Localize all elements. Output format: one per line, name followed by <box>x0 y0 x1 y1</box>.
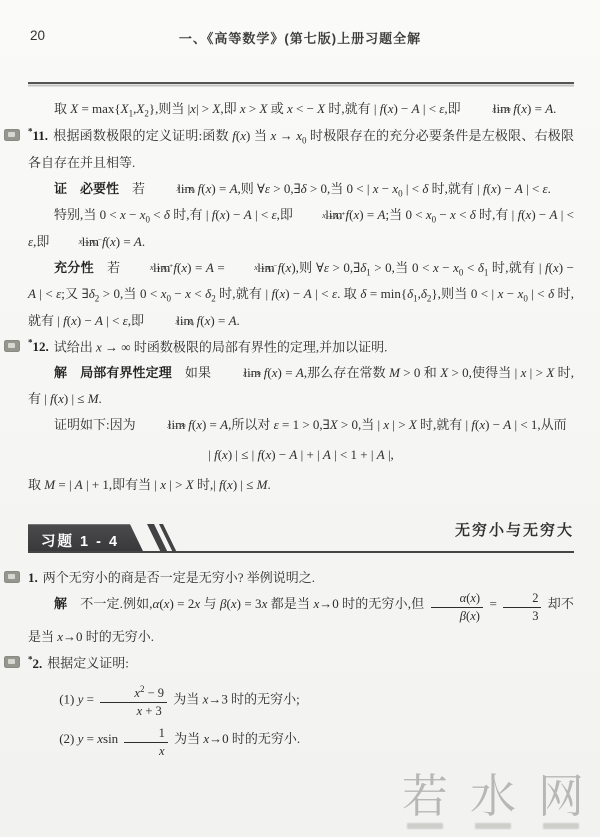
watermark-subtext <box>543 823 579 829</box>
section-title: 无穷小与无穷大 <box>455 516 574 551</box>
problem-number: 1. <box>28 570 38 585</box>
banner-label: 习题 1 - 4 <box>28 524 143 551</box>
problem-number: *12. <box>28 339 49 354</box>
page-header: 20 一、《高等数学》(第七版)上册习题全解 <box>28 28 572 48</box>
media-icon <box>4 129 20 141</box>
media-icon <box>4 656 20 668</box>
media-icon <box>4 340 20 352</box>
problem-text: 两个无穷小的商是否一定是无穷小? 举例说明之. <box>43 570 315 585</box>
paragraph: 证 必要性 若 limx→x₀f(x) = A,则 ∀ε > 0,∃δ > 0,… <box>28 176 574 203</box>
problem-item: *12.试给出 x → ∞ 时函数极限的局部有界性的定理,并加以证明. <box>28 334 574 360</box>
watermark-char: 若 <box>402 773 448 819</box>
watermark: 若 水 网 <box>402 773 584 829</box>
page-content: 取 X = max{X1,X2},则当 |x| > X,即 x > X 或 x … <box>28 96 574 759</box>
paragraph: 特别,当 0 < x − x0 < δ 时,有 | f(x) − A | < ε… <box>28 202 574 255</box>
paragraph: 解 不一定.例如,α(x) = 2x 与 β(x) = 3x 都是当 x→0 时… <box>28 591 574 650</box>
exercise-banner: 习题 1 - 4 <box>28 524 163 551</box>
problem-item: *2.根据定义证明: <box>28 650 574 676</box>
problem-text: 试给出 x → ∞ 时函数极限的局部有界性的定理,并加以证明. <box>54 339 388 354</box>
problem-number: *11. <box>28 128 48 143</box>
problem-item: 1.两个无穷小的商是否一定是无穷小? 举例说明之. <box>28 565 574 591</box>
header-rule <box>28 82 574 84</box>
paragraph: 解 局部有界性定理 如果 limx→∞f(x) = A,那么存在常数 M > 0… <box>28 360 574 412</box>
watermark-column: 若 <box>402 773 448 829</box>
display-formula: | f(x) | ≤ | f(x) − A | + | A | < 1 + | … <box>28 442 574 468</box>
paragraph: 证明如下:因为 limx→∞f(x) = A,所以对 ε = 1 > 0,∃X … <box>28 412 574 438</box>
header-title: 一、《高等数学》(第七版)上册习题全解 <box>28 28 572 47</box>
watermark-column: 水 <box>470 773 516 829</box>
problem-text: 根据定义证明: <box>47 656 129 671</box>
media-icon <box>4 571 20 583</box>
paragraph: 充分性 若 limx→x₀⁺f(x) = A = limx→x₀⁻f(x),则 … <box>28 255 574 334</box>
sub-item: (1) y = x2 − 9x + 3 为当 x→3 时的无穷小; <box>28 684 574 719</box>
watermark-char: 水 <box>470 773 516 819</box>
watermark-subtext <box>407 823 443 829</box>
problem-text: 根据函数极限的定义证明:函数 f(x) 当 x → x0 时极限存在的充分必要条… <box>28 128 574 170</box>
paragraph: 取 M = | A | + 1,即有当 | x | > X 时,| f(x) |… <box>28 472 574 498</box>
book-page: 20 一、《高等数学》(第七版)上册习题全解 取 X = max{X1,X2},… <box>0 0 600 837</box>
watermark-subtext <box>475 823 511 829</box>
sub-item: (2) y = xsin 1x 为当 x→0 时的无穷小. <box>28 726 574 759</box>
section-header: 习题 1 - 4 无穷小与无穷大 <box>28 516 574 553</box>
paragraph: 取 X = max{X1,X2},则当 |x| > X,即 x > X 或 x … <box>28 96 574 123</box>
problem-item: *11.根据函数极限的定义证明:函数 f(x) 当 x → x0 时极限存在的充… <box>28 123 574 176</box>
watermark-char: 网 <box>538 773 584 819</box>
watermark-column: 网 <box>538 773 584 829</box>
problem-number: *2. <box>28 656 42 671</box>
